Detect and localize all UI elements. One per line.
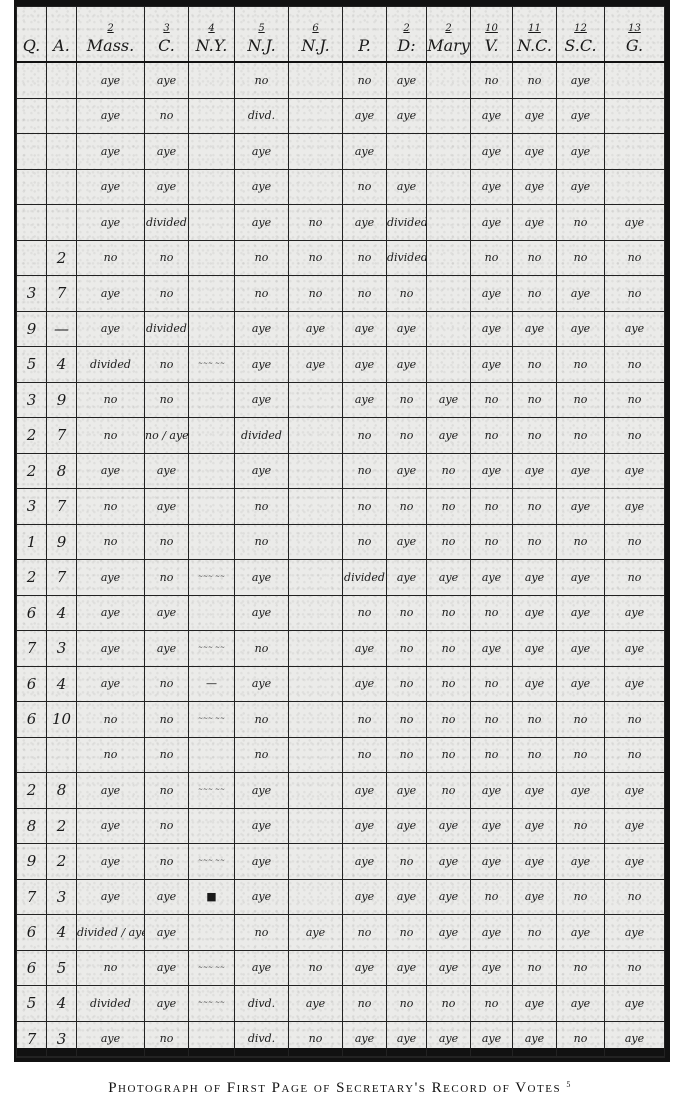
column-header: 4N.Y.	[189, 7, 235, 63]
vote-cell: aye	[145, 169, 189, 205]
noes-count: 4	[47, 986, 77, 1022]
vote-cell	[289, 560, 343, 596]
column-label: N.Y.	[196, 36, 228, 55]
noes-count	[47, 62, 77, 98]
column-header: 2Mary	[427, 7, 471, 63]
vote-cell: aye	[557, 560, 605, 596]
table-row: 73ayeaye■ayeayeayeayenoayenono	[17, 879, 665, 915]
vote-cell: no	[427, 702, 471, 738]
column-header: 2Mass.	[77, 7, 145, 63]
vote-cell: no	[343, 702, 387, 738]
vote-cell: divided	[343, 560, 387, 596]
vote-cell: no	[77, 702, 145, 738]
vote-cell	[189, 453, 235, 489]
vote-cell: no	[605, 276, 665, 312]
vote-cell: no	[387, 666, 427, 702]
vote-cell: no	[605, 524, 665, 560]
ayes-count: 7	[17, 631, 47, 667]
vote-cell: aye	[605, 489, 665, 525]
empty-cell	[557, 1057, 605, 1058]
noes-count: 9	[47, 524, 77, 560]
table-row: 610nono~~~ ~~nononononononono	[17, 702, 665, 738]
vote-cell: aye	[235, 205, 289, 241]
vote-cell	[427, 347, 471, 383]
column-label: Q.	[23, 36, 40, 55]
vote-cell: no	[427, 524, 471, 560]
empty-cell	[343, 1057, 387, 1058]
vote-cell	[189, 524, 235, 560]
vote-cell: no	[605, 240, 665, 276]
vote-cell: aye	[557, 489, 605, 525]
vote-cell: aye	[289, 311, 343, 347]
vote-cell: aye	[343, 773, 387, 809]
vote-cell: no	[471, 879, 513, 915]
vote-cell: aye	[471, 560, 513, 596]
vote-cell: no	[145, 347, 189, 383]
vote-cell: aye	[235, 950, 289, 986]
vote-cell	[387, 134, 427, 170]
vote-cell: aye	[77, 205, 145, 241]
vote-cell	[189, 205, 235, 241]
noes-count: 2	[47, 240, 77, 276]
vote-cell: aye	[387, 879, 427, 915]
vote-cell: no	[289, 1021, 343, 1057]
vote-cell: divided / aye	[77, 915, 145, 951]
vote-cell: no	[235, 737, 289, 773]
vote-cell: aye	[77, 1021, 145, 1057]
vote-cell: aye	[605, 205, 665, 241]
column-header: 3C.	[145, 7, 189, 63]
record-page: Q.A.2Mass.3C.4N.Y.5N.J.6N.J.P.2D:2Mary10…	[16, 6, 664, 1048]
vote-cell: no	[427, 595, 471, 631]
vote-cell: aye	[471, 1021, 513, 1057]
vote-cell: no	[557, 702, 605, 738]
vote-cell: aye	[145, 489, 189, 525]
vote-cell: aye	[513, 134, 557, 170]
vote-cell: aye	[605, 915, 665, 951]
vote-cell: divided	[77, 347, 145, 383]
ayes-count: 2	[17, 773, 47, 809]
column-header: 5N.J.	[235, 7, 289, 63]
vote-cell	[427, 311, 471, 347]
table-row: 82ayenoayeayeayeayeayeayenoaye	[17, 808, 665, 844]
vote-cell	[189, 276, 235, 312]
column-number: 2	[427, 23, 470, 34]
vote-cell: aye	[557, 62, 605, 98]
vote-cell: aye	[77, 98, 145, 134]
vote-cell	[189, 240, 235, 276]
vote-cell: aye	[427, 808, 471, 844]
column-number: 12	[557, 23, 604, 34]
empty-cell	[77, 1057, 145, 1058]
ayes-count	[17, 62, 47, 98]
table-row: 2nononononodividednononono	[17, 240, 665, 276]
vote-cell: no	[145, 524, 189, 560]
ayes-count: 6	[17, 702, 47, 738]
vote-cell: divd.	[235, 1021, 289, 1057]
column-number: 2	[77, 23, 144, 34]
vote-cell: no	[557, 808, 605, 844]
vote-cell: aye	[557, 666, 605, 702]
vote-cell	[289, 382, 343, 418]
column-number: 6	[289, 23, 342, 34]
vote-cell: aye	[605, 844, 665, 880]
vote-cell	[289, 666, 343, 702]
noes-count: 7	[47, 560, 77, 596]
vote-cell: aye	[387, 347, 427, 383]
vote-cell: aye	[235, 453, 289, 489]
ayes-count: 9	[17, 844, 47, 880]
caption-footnote: 5	[566, 1080, 572, 1089]
vote-cell: aye	[289, 986, 343, 1022]
vote-cell: no	[343, 737, 387, 773]
vote-cell: aye	[513, 98, 557, 134]
column-header: A.	[47, 7, 77, 63]
vote-cell: aye	[557, 134, 605, 170]
noes-count: 3	[47, 631, 77, 667]
vote-cell: aye	[77, 879, 145, 915]
vote-cell: no	[513, 240, 557, 276]
column-number: 3	[145, 23, 188, 34]
vote-cell: no	[145, 382, 189, 418]
vote-cell	[189, 489, 235, 525]
vote-cell: no	[145, 276, 189, 312]
vote-cell: no	[235, 702, 289, 738]
vote-cell: aye	[605, 311, 665, 347]
vote-cell: aye	[343, 808, 387, 844]
vote-cell: aye	[557, 986, 605, 1022]
vote-cell: aye	[557, 98, 605, 134]
vote-cell: aye	[145, 595, 189, 631]
column-label: G.	[626, 36, 643, 55]
vote-cell: no	[343, 489, 387, 525]
vote-cell: ~~~ ~~	[189, 560, 235, 596]
vote-cell: no	[343, 453, 387, 489]
vote-cell: no	[77, 418, 145, 454]
vote-cell	[427, 62, 471, 98]
vote-cell: no	[343, 418, 387, 454]
vote-cell: aye	[77, 631, 145, 667]
vote-cell: aye	[343, 205, 387, 241]
vote-cell	[189, 915, 235, 951]
vote-cell: —	[189, 666, 235, 702]
column-label: A.	[53, 36, 70, 55]
vote-cell: no	[343, 986, 387, 1022]
column-label: N.J.	[301, 36, 329, 55]
vote-cell: no	[387, 418, 427, 454]
noes-count	[47, 134, 77, 170]
vote-cell: aye	[343, 134, 387, 170]
vote-cell: aye	[471, 773, 513, 809]
vote-cell	[427, 276, 471, 312]
vote-cell: aye	[343, 1021, 387, 1057]
ayes-count	[17, 169, 47, 205]
vote-cell: no	[387, 702, 427, 738]
vote-cell: aye	[387, 169, 427, 205]
vote-cell: aye	[513, 808, 557, 844]
vote-cell: ~~~ ~~	[189, 631, 235, 667]
vote-cell: aye	[343, 844, 387, 880]
column-label: C.	[158, 36, 175, 55]
vote-cell: aye	[513, 1021, 557, 1057]
vote-cell: no	[77, 737, 145, 773]
vote-cell: no	[557, 1021, 605, 1057]
vote-cell: aye	[343, 311, 387, 347]
vote-cell: no	[343, 169, 387, 205]
vote-cell	[605, 62, 665, 98]
noes-count: 5	[47, 950, 77, 986]
vote-cell: aye	[427, 879, 471, 915]
column-header: 13G.	[605, 7, 665, 63]
vote-cell	[289, 595, 343, 631]
vote-cell: no	[471, 986, 513, 1022]
column-header: 11N.C.	[513, 7, 557, 63]
table-row: ayeayeayeayeayeayeaye	[17, 134, 665, 170]
vote-cell: aye	[471, 347, 513, 383]
vote-cell: aye	[427, 950, 471, 986]
column-header: 10V.	[471, 7, 513, 63]
vote-cell: aye	[77, 666, 145, 702]
column-header: P.	[343, 7, 387, 63]
vote-cell: aye	[289, 347, 343, 383]
vote-cell: no	[557, 418, 605, 454]
column-label: V.	[485, 36, 499, 55]
column-number: 5	[235, 23, 288, 34]
vote-cell: no	[513, 62, 557, 98]
noes-count: 7	[47, 489, 77, 525]
noes-count: 9	[47, 382, 77, 418]
vote-cell: no	[471, 702, 513, 738]
noes-count: 4	[47, 595, 77, 631]
vote-cell: no	[605, 950, 665, 986]
vote-cell: no	[557, 205, 605, 241]
vote-cell: aye	[471, 311, 513, 347]
vote-cell: no	[77, 950, 145, 986]
ayes-count: 6	[17, 666, 47, 702]
vote-cell: aye	[427, 915, 471, 951]
empty-cell	[235, 1057, 289, 1058]
ayes-count: 2	[17, 560, 47, 596]
empty-cell	[17, 1057, 47, 1058]
vote-cell: no	[471, 524, 513, 560]
noes-count: 2	[47, 844, 77, 880]
caption-text: Photograph of First Page of Secretary's …	[108, 1080, 561, 1096]
empty-cell	[471, 1057, 513, 1058]
vote-cell: aye	[605, 1021, 665, 1057]
vote-cell: no	[145, 1021, 189, 1057]
vote-cell: no	[557, 382, 605, 418]
vote-cell: no	[145, 666, 189, 702]
vote-cell: no	[427, 489, 471, 525]
vote-cell: aye	[235, 134, 289, 170]
vote-cell	[189, 169, 235, 205]
vote-cell: no	[513, 702, 557, 738]
vote-cell: aye	[343, 950, 387, 986]
vote-cell: aye	[77, 773, 145, 809]
table-row: 54dividedaye~~~ ~~divd.ayenonononoayeaye…	[17, 986, 665, 1022]
column-number: 2	[387, 23, 426, 34]
vote-cell	[189, 418, 235, 454]
column-number: 11	[513, 23, 556, 34]
vote-cell: aye	[513, 311, 557, 347]
vote-cell	[289, 134, 343, 170]
vote-cell	[189, 808, 235, 844]
vote-cell: aye	[471, 169, 513, 205]
vote-cell: no	[605, 347, 665, 383]
vote-cell: no	[513, 418, 557, 454]
vote-cell: aye	[77, 595, 145, 631]
vote-cell: no	[235, 276, 289, 312]
vote-cell: no	[343, 62, 387, 98]
vote-cell: no	[557, 879, 605, 915]
vote-cell: divd.	[235, 98, 289, 134]
vote-cell: aye	[557, 311, 605, 347]
ayes-count	[17, 240, 47, 276]
vote-cell: aye	[77, 808, 145, 844]
vote-cell: aye	[471, 915, 513, 951]
noes-count: 4	[47, 347, 77, 383]
noes-count: —	[47, 311, 77, 347]
column-label: Mass.	[87, 36, 134, 55]
vote-cell: no	[145, 773, 189, 809]
vote-cell: no	[145, 560, 189, 596]
vote-cell: no	[427, 666, 471, 702]
noes-count: 8	[47, 453, 77, 489]
vote-cell: aye	[343, 666, 387, 702]
table-row: 37ayenononononoayenoayeno	[17, 276, 665, 312]
column-header: 12S.C.	[557, 7, 605, 63]
vote-cell: aye	[471, 205, 513, 241]
empty-cell	[47, 1057, 77, 1058]
ayes-count: 6	[17, 915, 47, 951]
vote-cell: no	[471, 62, 513, 98]
vote-cell	[289, 169, 343, 205]
table-row: ayeayenonoayenonoaye	[17, 62, 665, 98]
vote-cell	[289, 808, 343, 844]
table-row: 65noaye~~~ ~~ayenoayeayeayeayenonono	[17, 950, 665, 986]
vote-cell: no	[145, 844, 189, 880]
ayes-count: 6	[17, 595, 47, 631]
vote-cell: aye	[471, 453, 513, 489]
vote-cell: no	[145, 702, 189, 738]
vote-cell: no	[471, 382, 513, 418]
noes-count: 2	[47, 808, 77, 844]
vote-cell: ~~~ ~~	[189, 986, 235, 1022]
noes-count: 4	[47, 666, 77, 702]
vote-cell: aye	[343, 382, 387, 418]
vote-cell: no	[557, 240, 605, 276]
vote-cell: no	[557, 737, 605, 773]
vote-cell: aye	[77, 276, 145, 312]
vote-cell: no	[289, 950, 343, 986]
vote-cell: no	[427, 986, 471, 1022]
vote-cell	[605, 169, 665, 205]
vote-cell: aye	[605, 773, 665, 809]
vote-cell: no	[343, 524, 387, 560]
column-header: 2D:	[387, 7, 427, 63]
vote-cell: aye	[145, 986, 189, 1022]
vote-cell: aye	[145, 879, 189, 915]
vote-cell: no	[387, 631, 427, 667]
vote-cell: aye	[557, 844, 605, 880]
noes-count	[47, 205, 77, 241]
vote-cell	[289, 524, 343, 560]
vote-cell: no	[235, 489, 289, 525]
vote-cell: aye	[387, 560, 427, 596]
vote-cell: aye	[235, 382, 289, 418]
vote-cell: aye	[513, 560, 557, 596]
vote-cell: aye	[145, 915, 189, 951]
table-row: 28ayeno~~~ ~~ayeayeayenoayeayeayeaye	[17, 773, 665, 809]
column-label: D:	[397, 36, 415, 55]
vote-cell	[289, 773, 343, 809]
vote-cell: no	[235, 524, 289, 560]
vote-cell: aye	[289, 915, 343, 951]
vote-cell: aye	[235, 666, 289, 702]
vote-cell: ~~~ ~~	[189, 844, 235, 880]
vote-cell: ~~~ ~~	[189, 702, 235, 738]
vote-cell: no	[235, 240, 289, 276]
vote-cell	[289, 879, 343, 915]
column-header: Q.	[17, 7, 47, 63]
vote-cell: no	[235, 631, 289, 667]
table-row: 28ayeayeayenoayenoayeayeayeaye	[17, 453, 665, 489]
vote-cell: no	[387, 915, 427, 951]
vote-cell: aye	[557, 595, 605, 631]
vote-cell: aye	[235, 773, 289, 809]
vote-cell: no	[471, 737, 513, 773]
vote-cell: aye	[77, 62, 145, 98]
noes-count: 7	[47, 418, 77, 454]
ayes-count: 3	[17, 276, 47, 312]
column-label: S.C.	[564, 36, 596, 55]
vote-cell: aye	[427, 844, 471, 880]
vote-cell: no	[471, 666, 513, 702]
vote-cell: no	[387, 595, 427, 631]
vote-cell	[289, 489, 343, 525]
vote-cell	[605, 134, 665, 170]
noes-count: 10	[47, 702, 77, 738]
empty-space-row	[17, 1057, 665, 1058]
column-label: N.C.	[517, 36, 552, 55]
table-row: 73ayeaye~~~ ~~noayenonoayeayeayeaye	[17, 631, 665, 667]
vote-cell: aye	[427, 560, 471, 596]
vote-cell: aye	[77, 169, 145, 205]
vote-cell: no	[513, 524, 557, 560]
vote-cell: aye	[513, 666, 557, 702]
vote-cell: no	[605, 737, 665, 773]
ayes-count: 6	[17, 950, 47, 986]
vote-cell: no	[145, 808, 189, 844]
vote-cell	[289, 62, 343, 98]
ayes-count	[17, 134, 47, 170]
column-number: 10	[471, 23, 512, 34]
vote-cell: aye	[343, 347, 387, 383]
vote-cell: no	[427, 631, 471, 667]
vote-cell	[289, 418, 343, 454]
vote-cell: aye	[235, 879, 289, 915]
vote-record-table: Q.A.2Mass.3C.4N.Y.5N.J.6N.J.P.2D:2Mary10…	[16, 6, 665, 1058]
vote-cell: aye	[605, 453, 665, 489]
vote-cell	[427, 98, 471, 134]
vote-cell	[189, 98, 235, 134]
vote-cell: ■	[189, 879, 235, 915]
vote-cell: aye	[235, 311, 289, 347]
vote-cell: no	[557, 347, 605, 383]
vote-cell	[289, 702, 343, 738]
header-row: Q.A.2Mass.3C.4N.Y.5N.J.6N.J.P.2D:2Mary10…	[17, 7, 665, 63]
vote-cell: aye	[235, 347, 289, 383]
